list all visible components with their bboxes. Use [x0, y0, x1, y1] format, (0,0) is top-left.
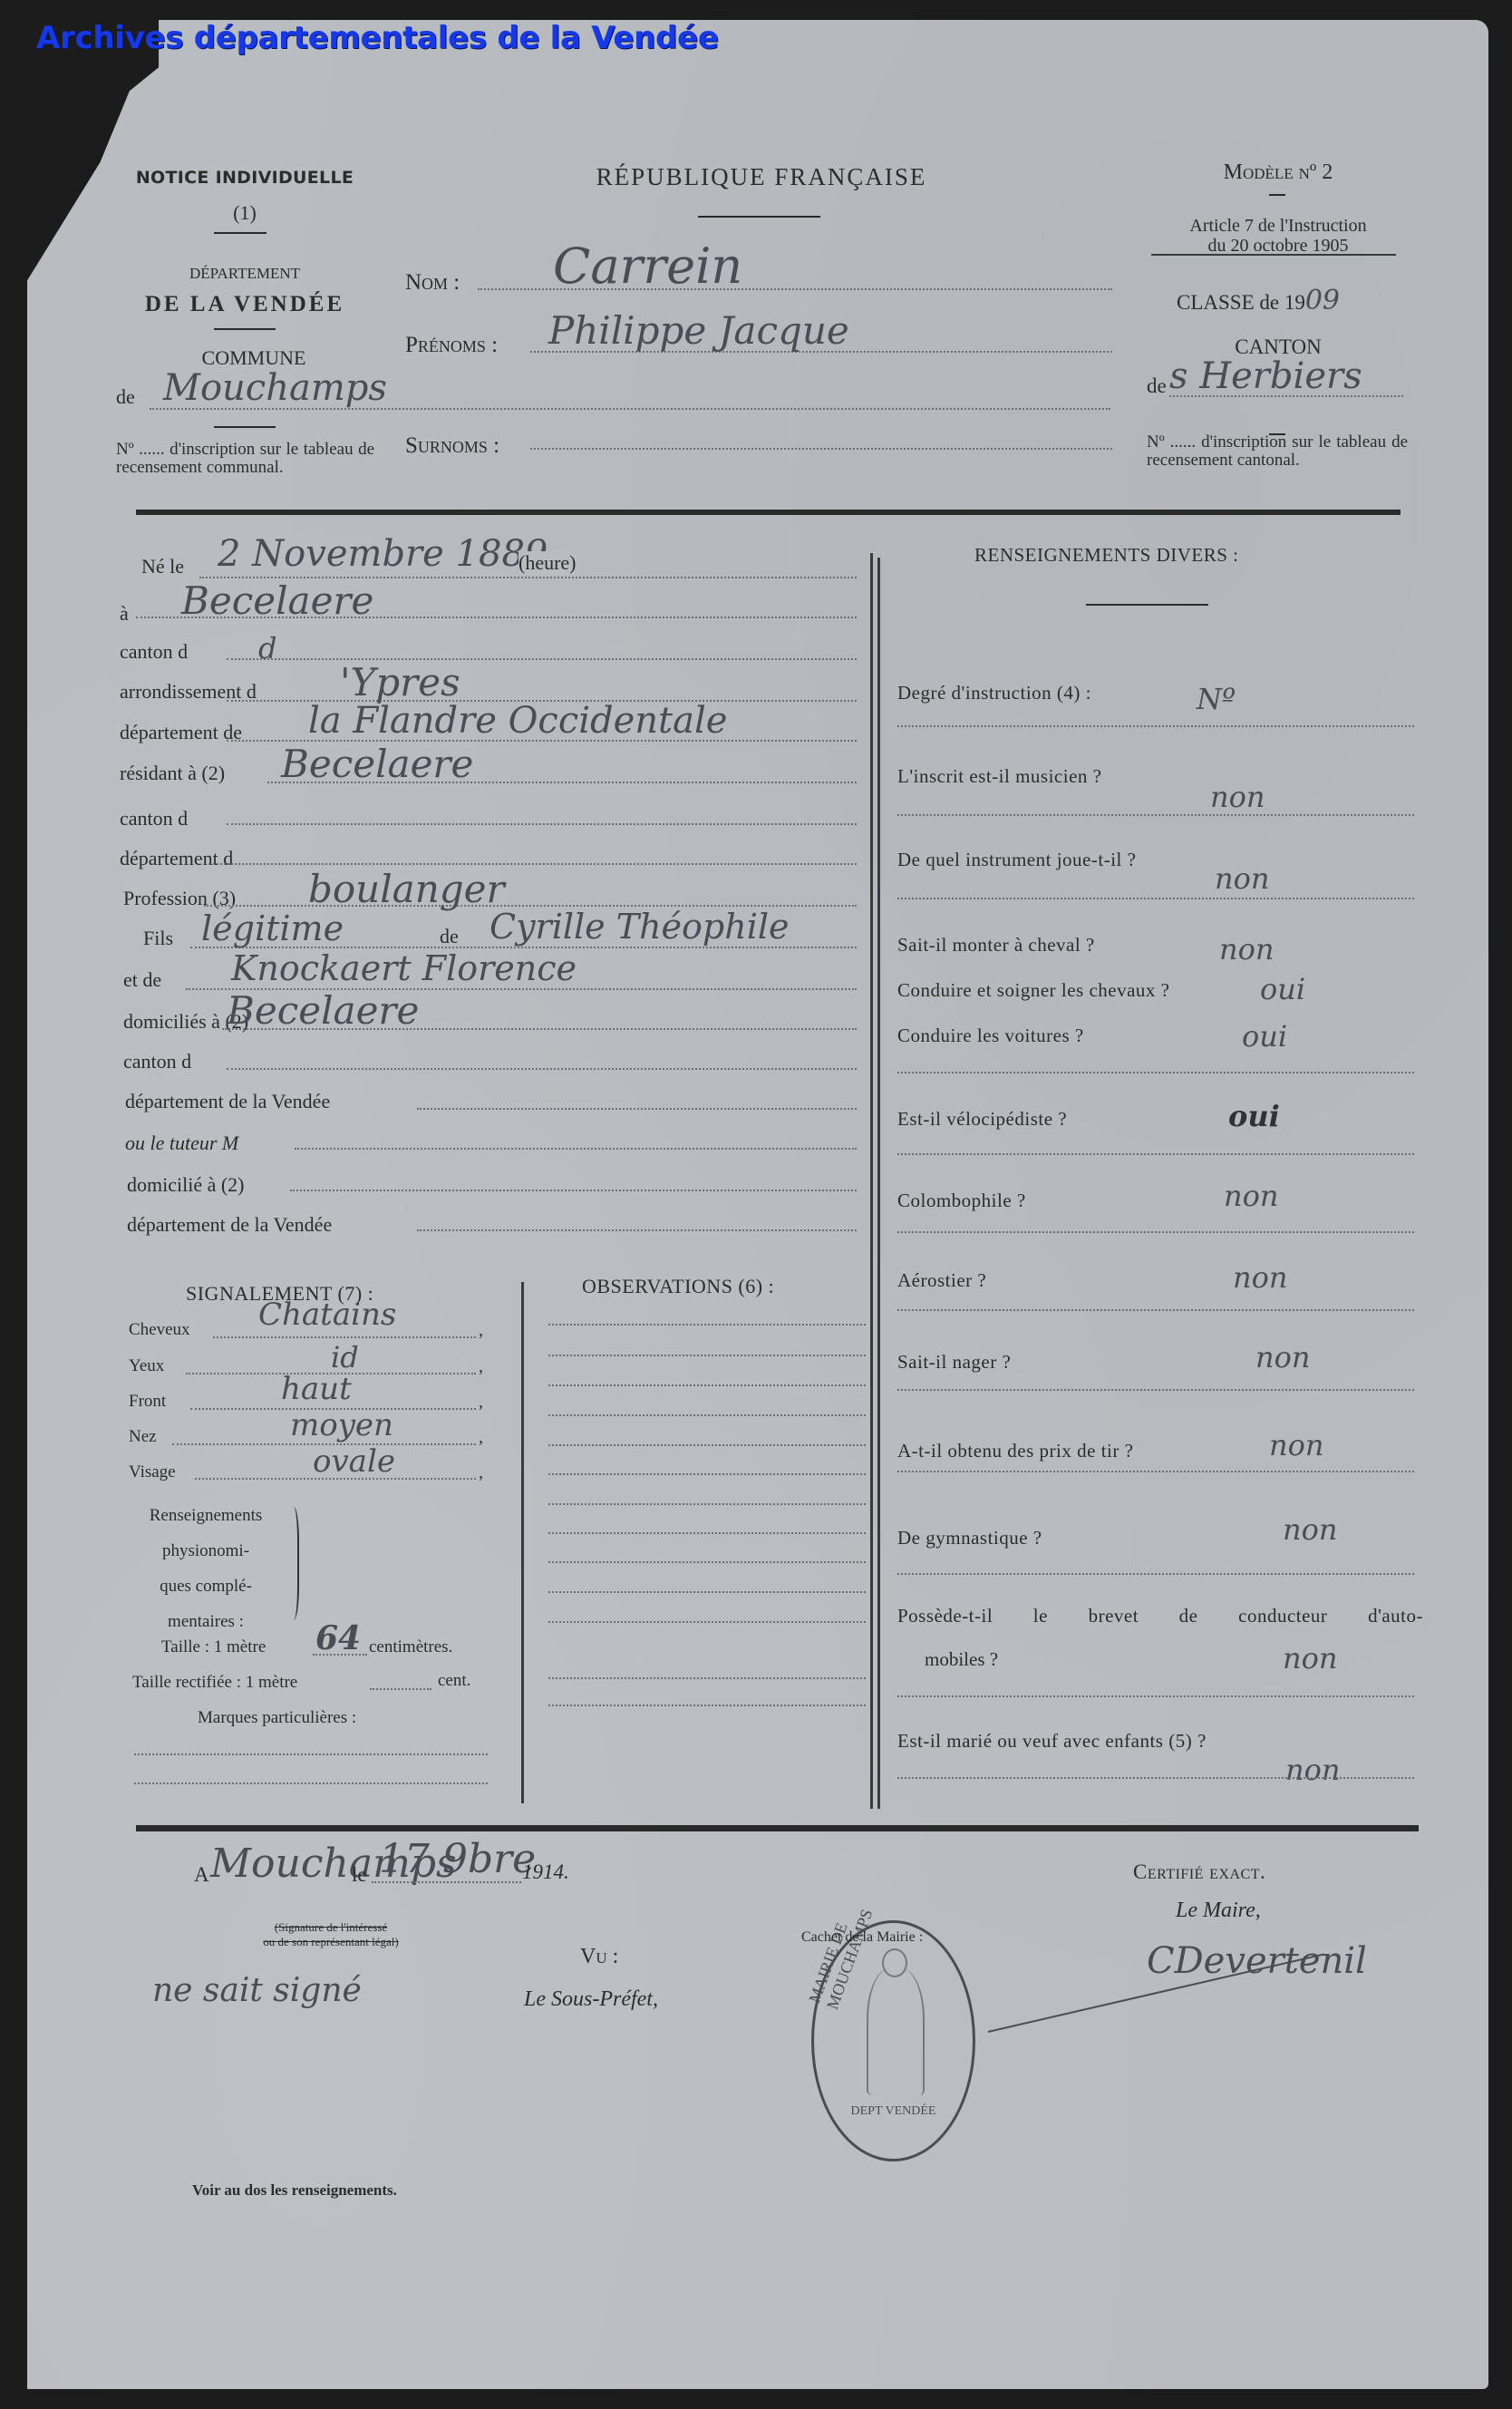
nose-label: Nez — [129, 1427, 157, 1447]
archive-banner: Archives départementales de la Vendée — [36, 20, 719, 56]
guardian-departement-label: département de la Vendée — [127, 1213, 332, 1237]
divers-answer: non — [1233, 1260, 1287, 1295]
divers-answer: oui — [1228, 1099, 1280, 1133]
article-text: Article 7 de l'Instruction — [1189, 216, 1366, 236]
maire-label: Le Maire, — [1176, 1899, 1261, 1923]
departement-name: DE LA VENDÉE — [109, 292, 381, 317]
observation-line — [548, 1444, 866, 1446]
observation-line — [548, 1384, 866, 1386]
observations-title: OBSERVATIONS (6) : — [582, 1275, 774, 1298]
stamp-subtext: DEPT VENDÉE — [841, 2104, 945, 2119]
classe-value: 09 — [1305, 285, 1340, 316]
divers-answer: non — [1283, 1512, 1337, 1547]
corrected-height-label: Taille rectifiée : 1 mètre — [132, 1673, 297, 1693]
birth-label: Né le — [141, 555, 184, 578]
nom-value: Carrein — [553, 238, 742, 295]
divers-line — [897, 1389, 1414, 1391]
height-value: 64 — [315, 1619, 361, 1657]
divers-question: Conduire et soigner les chevaux ? — [897, 979, 1170, 1002]
height-label: Taille : 1 mètre — [161, 1637, 266, 1657]
brace-icon — [288, 1507, 299, 1620]
residence-departement-label: département d — [120, 847, 233, 870]
hair-value: Chatains — [258, 1297, 396, 1333]
arrondissement-value: 'Ypres — [340, 660, 460, 704]
divers-answer: non — [1255, 1340, 1310, 1374]
eyes-value: id — [331, 1340, 359, 1374]
guardian-line — [295, 1148, 857, 1150]
commune-prefix: de — [116, 385, 135, 409]
divers-question: Sait-il monter à cheval ? — [897, 934, 1095, 957]
canton-value: s Herbiers — [1169, 355, 1362, 397]
divers-line — [897, 898, 1414, 899]
parents-departement-line — [417, 1108, 857, 1110]
guardian-departement-line — [417, 1229, 857, 1231]
divers-question: A-t-il obtenu des prix de tir ? — [897, 1440, 1133, 1462]
divers-answer: non — [1269, 1428, 1323, 1462]
divers-question: Est-il marié ou veuf avec enfants (5) ? — [897, 1730, 1207, 1753]
divers-answer: non — [1285, 1753, 1340, 1787]
divers-answer: non — [1283, 1641, 1337, 1676]
divers-answer: Nº — [1197, 682, 1236, 716]
observation-line — [548, 1503, 866, 1505]
guardian-label-text: ou le tuteur M — [125, 1132, 238, 1154]
year: 1914. — [522, 1860, 569, 1884]
divider — [214, 328, 276, 330]
divers-line — [897, 814, 1414, 816]
eyes-label: Yeux — [129, 1356, 164, 1376]
observation-line — [548, 1561, 866, 1563]
divider — [1086, 604, 1208, 606]
divers-answer: oui — [1260, 972, 1305, 1006]
notice-ref: (1) — [118, 201, 372, 225]
renseignements-complementaires: Renseignements physionomi- ques complé- … — [129, 1498, 283, 1639]
article-date: du 20 octobre 1905 — [1208, 236, 1349, 256]
header-thick-rule — [136, 510, 1401, 515]
classe: CLASSE de 1909 — [1177, 285, 1340, 316]
birth-canton-label: canton d — [120, 640, 188, 664]
column-divider-right — [877, 558, 880, 1809]
observations-divider — [521, 1282, 524, 1803]
face-value: ovale — [313, 1443, 395, 1480]
guardian-domicile-label: domicilié à (2) — [127, 1173, 245, 1197]
divers-line — [897, 1309, 1414, 1311]
birth-departement-value: la Flandre Occidentale — [308, 700, 727, 742]
divers-title: RENSEIGNEMENTS DIVERS : — [974, 544, 1239, 567]
canton-inscription-note: Nº ...... d'inscription sur le tableau d… — [1147, 433, 1408, 470]
prenoms-value: Philippe Jacque — [548, 308, 849, 353]
cachet-label: Cachet de la Mairie : — [801, 1929, 923, 1946]
observation-line — [548, 1677, 866, 1679]
renseignements-line-4: mentaires : — [129, 1604, 283, 1639]
birthplace-label: à — [120, 602, 129, 626]
divider — [1269, 194, 1285, 196]
corrected-height-line — [370, 1688, 431, 1690]
divers-question: De quel instrument joue-t-il ? — [897, 849, 1136, 871]
height-unit: centimètres. — [369, 1637, 452, 1657]
divers-question: Aérostier ? — [897, 1269, 986, 1292]
surnoms-label: Surnoms : — [405, 433, 499, 459]
observation-line — [548, 1355, 866, 1356]
divers-answer: non — [1224, 1179, 1278, 1213]
divider — [214, 232, 267, 234]
divers-answer: oui — [1242, 1019, 1287, 1054]
birth-hour-label: (heure) — [519, 551, 577, 575]
residence-departement-line — [208, 863, 857, 865]
observation-line — [548, 1324, 866, 1326]
divers-question: Conduire les voitures ? — [897, 1025, 1084, 1047]
divers-line — [897, 725, 1414, 727]
divers-line — [897, 1695, 1414, 1697]
signature-note-line-2: ou de son représentant légal) — [204, 1935, 458, 1949]
comma: , — [479, 1392, 483, 1413]
father-name: Cyrille Théophile — [489, 907, 790, 947]
place-prefix: A — [194, 1863, 209, 1887]
canton-prefix: de — [1147, 374, 1167, 398]
nose-value: moyen — [290, 1407, 393, 1443]
hair-line — [213, 1336, 476, 1338]
forehead-label: Front — [129, 1392, 166, 1412]
divers-question: Est-il vélocipédiste ? — [897, 1108, 1067, 1131]
mairie-stamp: MAIRIE DE MOUCHAMPS DEPT VENDÉE — [811, 1920, 975, 2161]
republic-title: RÉPUBLIQUE FRANÇAISE — [508, 163, 1015, 191]
divers-question-cont: mobiles ? — [925, 1648, 998, 1671]
divers-line — [897, 1777, 1414, 1779]
divider — [214, 426, 276, 428]
divers-question: L'inscrit est-il musicien ? — [897, 765, 1101, 788]
divers-answer: non — [1210, 780, 1265, 814]
divers-question: Possède-t-il le brevet de conducteur d'a… — [897, 1605, 1423, 1627]
marks-line-2 — [134, 1782, 488, 1784]
parents-canton-line — [227, 1068, 857, 1070]
profession-value: boulanger — [308, 867, 505, 911]
marks-line-1 — [134, 1753, 488, 1755]
date-value: 17 9bre — [379, 1836, 536, 1882]
divers-question: Colombophile ? — [897, 1190, 1026, 1212]
guardian-domicile-line — [290, 1190, 857, 1191]
legitimacy-value: légitime — [201, 908, 344, 948]
departement-label: DÉPARTEMENT — [118, 265, 372, 283]
voir-au-dos-note: Voir au dos les renseignements. — [192, 2181, 397, 2200]
modele-label: Modèle nº 2 — [1115, 160, 1441, 185]
residence-canton-line — [227, 823, 857, 825]
notice-title: NOTICE INDIVIDUELLE — [118, 168, 372, 188]
comma: , — [479, 1427, 483, 1448]
date-prefix: le — [352, 1863, 367, 1887]
observation-line — [548, 1705, 866, 1706]
divers-line — [897, 1573, 1414, 1575]
birth-canton-line — [227, 658, 857, 660]
classe-label: CLASSE de 19 — [1177, 291, 1305, 314]
guardian-label: ou le tuteur M — [125, 1132, 238, 1155]
divider — [698, 216, 820, 218]
divers-question: De gymnastique ? — [897, 1527, 1042, 1549]
face-label: Visage — [129, 1462, 176, 1482]
residence-value: Becelaere — [281, 742, 473, 786]
fils-label: Fils — [143, 927, 173, 950]
commune-inscription-note: Nº ...... d'inscription sur le tableau d… — [116, 441, 374, 477]
observation-line — [548, 1473, 866, 1475]
divers-line — [897, 1471, 1414, 1472]
renseignements-line-1: Renseignements — [129, 1498, 283, 1533]
parents-canton-label: canton d — [123, 1050, 191, 1073]
profession-label: Profession (3) — [123, 887, 236, 910]
divers-question: Degré d'instruction (4) : — [897, 682, 1091, 704]
birth-canton-value: d — [258, 631, 276, 665]
divers-question: Sait-il nager ? — [897, 1351, 1011, 1374]
sous-prefet-label: Le Sous-Préfet, — [524, 1987, 658, 2012]
marianne-figure-icon — [867, 1968, 925, 2095]
divers-line — [897, 1072, 1414, 1073]
nom-label: Nom : — [405, 270, 460, 296]
parents-domicile-value: Becelaere — [227, 988, 419, 1033]
divers-answer: non — [1219, 932, 1274, 967]
birthplace-value: Becelaere — [181, 578, 373, 623]
signature-note: (Signature de l'intéressé ou de son repr… — [204, 1920, 458, 1949]
footer-thick-rule — [136, 1825, 1419, 1831]
article-ref: Article 7 de l'Instructiondu 20 octobre … — [1115, 216, 1441, 256]
divers-line — [897, 1231, 1414, 1233]
renseignements-line-2: physionomi- — [129, 1533, 283, 1569]
birth-departement-label: département de — [120, 721, 242, 744]
observation-line — [548, 1621, 866, 1623]
divers-answer: non — [1215, 861, 1269, 896]
corrected-height-unit: cent. — [438, 1671, 470, 1691]
mother-label: et de — [123, 968, 161, 992]
vu-label: Vu : — [580, 1945, 618, 1969]
comma: , — [479, 1356, 483, 1377]
signature-note-line-1: (Signature de l'intéressé — [204, 1920, 458, 1935]
parents-departement-label: département de la Vendée — [125, 1090, 330, 1113]
signature-value: ne sait signé — [152, 1972, 362, 2009]
maire-signature: CDevertenil — [1147, 1940, 1367, 1982]
hair-label: Cheveux — [129, 1320, 190, 1340]
comma: , — [479, 1462, 483, 1483]
fils-de-label: de — [440, 925, 459, 948]
observation-line — [548, 1591, 866, 1593]
observation-line — [548, 1414, 866, 1416]
divers-line — [897, 1153, 1414, 1155]
ornament-rule — [1151, 254, 1396, 256]
residence-canton-label: canton d — [120, 807, 188, 831]
column-divider-left — [870, 553, 873, 1809]
residence-label: résidant à (2) — [120, 762, 225, 785]
surnoms-line — [530, 448, 1112, 450]
prenoms-label: Prénoms : — [405, 333, 498, 358]
renseignements-line-3: ques complé- — [129, 1569, 283, 1604]
comma: , — [479, 1320, 483, 1341]
commune-value: Mouchamps — [163, 367, 387, 409]
certifie-label: Certifié exact. — [1133, 1860, 1265, 1884]
mother-name: Knockaert Florence — [231, 948, 577, 988]
marks-label: Marques particulières : — [198, 1708, 356, 1728]
forehead-value: haut — [281, 1371, 352, 1407]
birth-value: 2 Novembre 1889 — [218, 533, 548, 575]
observation-line — [548, 1532, 866, 1534]
